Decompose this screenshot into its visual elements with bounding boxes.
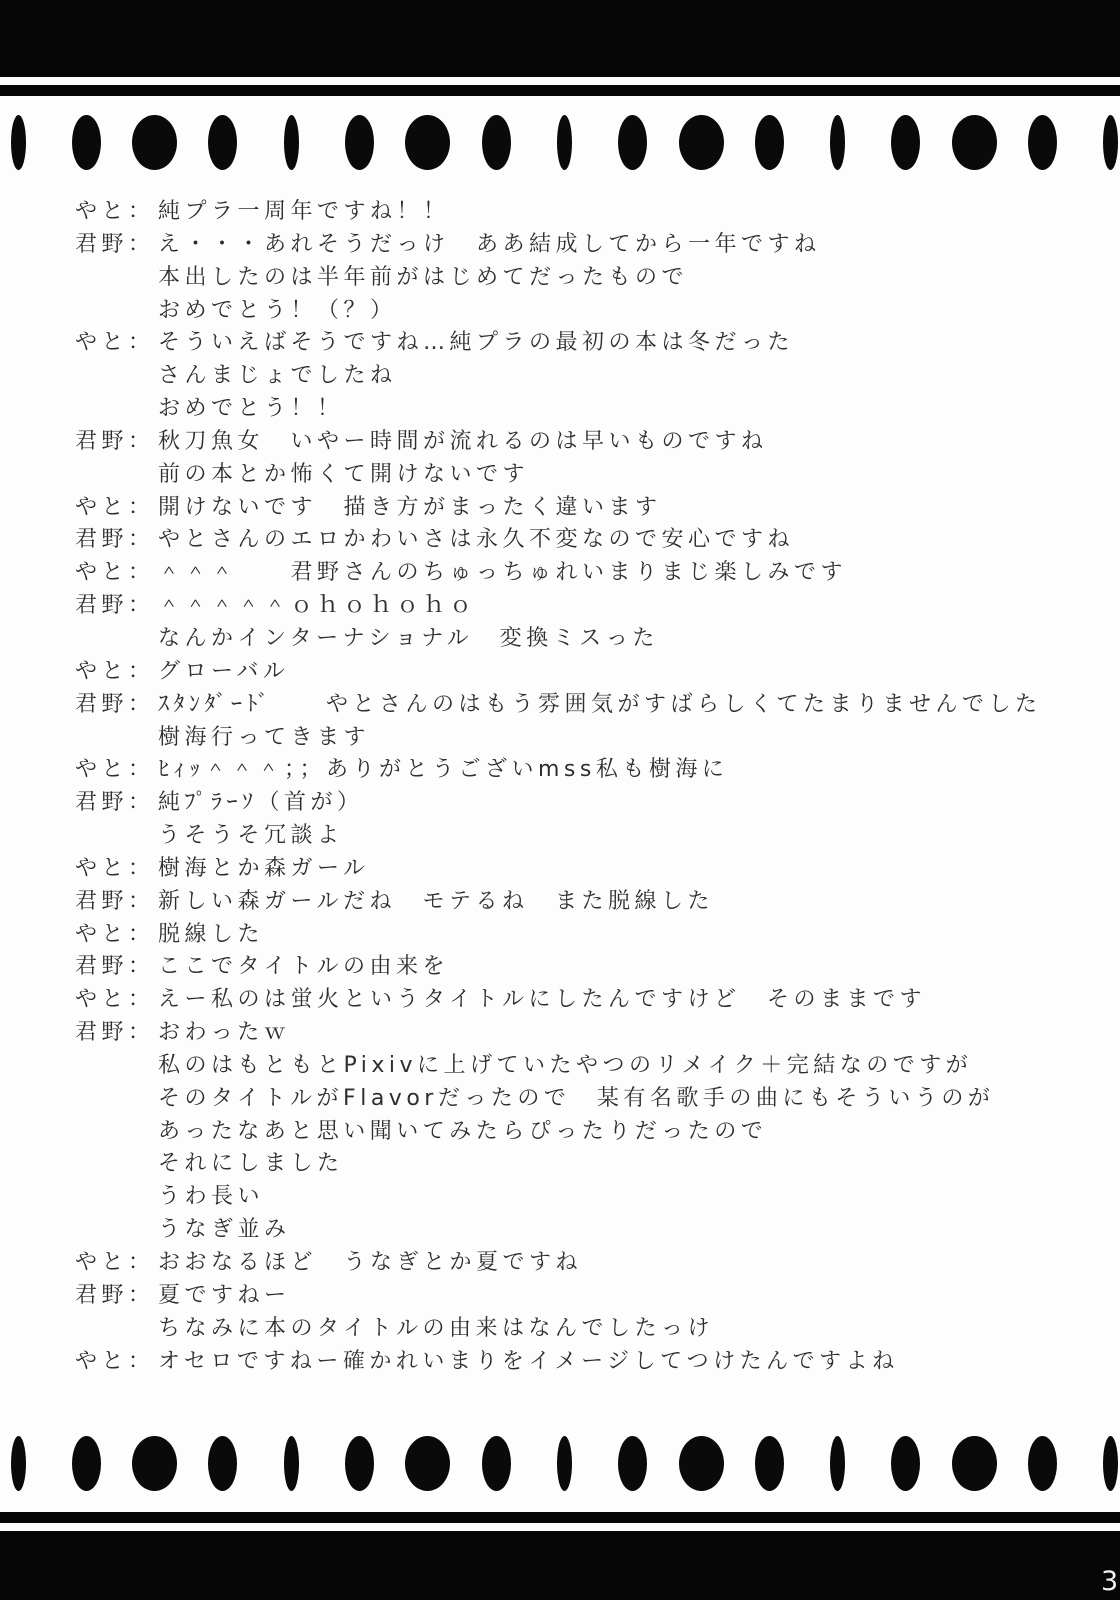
dialogue-text: おわったｗ xyxy=(158,1020,290,1045)
ellipse-ornament xyxy=(11,1436,26,1491)
dialogue-line: 君野：新しい森ガールだね モテるね また脱線した xyxy=(75,886,1085,919)
dialogue-line: 君野：え・・・あれそうだっけ ああ結成してから一年ですね xyxy=(75,229,1085,262)
ellipse-ornament xyxy=(679,115,724,170)
bottom-rule-line xyxy=(0,1512,1120,1523)
dialogue-line: なんかインターナショナル 変換ミスった xyxy=(75,623,1085,656)
dialogue-line: やと：樹海とか森ガール xyxy=(75,853,1085,886)
ellipse-ornament xyxy=(952,1436,997,1491)
page-number: 3 xyxy=(1101,1566,1118,1597)
dialogue-text: 夏ですねー xyxy=(158,1283,291,1308)
speaker-label: 君野： xyxy=(75,1017,158,1050)
speaker-label: やと： xyxy=(75,754,158,787)
speaker-label: 君野： xyxy=(75,951,158,984)
dialogue-text: ここでタイトルの由来を xyxy=(158,954,449,979)
dialogue-line: やと：ﾋｨｯ＾＾＾；；ありがとうございmss私も樹海に xyxy=(75,754,1085,787)
ellipse-ornament xyxy=(72,115,101,170)
dialogue-line: うなぎ並み xyxy=(75,1214,1085,1247)
dialogue: やと：純プラ一周年ですね！！君野：え・・・あれそうだっけ ああ結成してから一年で… xyxy=(75,196,1085,1378)
dialogue-text: 純ﾌﾟﾗｰｿ（首が） xyxy=(158,790,364,815)
ellipse-ornament xyxy=(618,1436,647,1491)
speaker-label: 君野： xyxy=(75,426,158,459)
dialogue-text: うそうそ冗談よ xyxy=(158,823,344,848)
ellipse-ornament xyxy=(482,1436,511,1491)
dialogue-line: 君野：ここでタイトルの由来を xyxy=(75,951,1085,984)
dialogue-text: おめでとう！（？） xyxy=(158,298,397,323)
dialogue-line: それにしました xyxy=(75,1148,1085,1181)
dialogue-line: やと：グローバル xyxy=(75,656,1085,689)
dialogue-text: 前の本とか怖くて開けないです xyxy=(158,462,529,487)
speaker-label: やと： xyxy=(75,327,158,360)
ellipse-ornament xyxy=(830,115,845,170)
ellipse-ornament xyxy=(284,1436,299,1491)
dialogue-text: ＾＾＾＾＾ｏｈｏｈｏｈｏ xyxy=(158,593,476,618)
dialogue-text: おおなるほど うなぎとか夏ですね xyxy=(158,1250,582,1275)
top-border-bar xyxy=(0,0,1120,77)
dialogue-line: うわ長い xyxy=(75,1181,1085,1214)
ellipse-ornament xyxy=(618,115,647,170)
dialogue-text: 新しい森ガールだね モテるね また脱線した xyxy=(158,889,714,914)
bottom-border-bar xyxy=(0,1531,1120,1600)
dialogue-text: オセロですねー確かれいまりをイメージしてつけたんですよね xyxy=(158,1349,899,1374)
speaker-label: 君野： xyxy=(75,229,158,262)
ellipse-ornament xyxy=(11,115,26,170)
speaker-label: やと： xyxy=(75,853,158,886)
dialogue-line: やと：オセロですねー確かれいまりをイメージしてつけたんですよね xyxy=(75,1346,1085,1379)
dialogue-text: あったなあと思い聞いてみたらぴったりだったので xyxy=(158,1119,767,1144)
ellipse-ornament xyxy=(345,115,374,170)
dialogue-line: 君野：純ﾌﾟﾗｰｿ（首が） xyxy=(75,787,1085,820)
ellipse-ornament xyxy=(284,115,299,170)
speaker-label: 君野： xyxy=(75,689,158,722)
dialogue-text: 純プラ一周年ですね！！ xyxy=(158,199,450,224)
dialogue-text: えー私のは蛍火というタイトルにしたんですけど そのままです xyxy=(158,987,926,1012)
dialogue-text: ｽﾀﾝﾀﾞｰﾄﾞ やとさんのはもう雰囲気がすばらしくてたまりませんでした xyxy=(158,692,1042,717)
dialogue-line: そのタイトルがFlavorだったので 某有名歌手の曲にもそういうのが xyxy=(75,1083,1085,1116)
dialogue-line: やと：開けないです 描き方がまったく違います xyxy=(75,492,1085,525)
ellipse-ornament xyxy=(891,115,920,170)
ellipse-ornament xyxy=(1028,115,1057,170)
speaker-label: 君野： xyxy=(75,886,158,919)
dialogue-line: やと：純プラ一周年ですね！！ xyxy=(75,196,1085,229)
ellipse-ornament xyxy=(891,1436,920,1491)
dialogue-line: さんまじょでしたね xyxy=(75,360,1085,393)
speaker-label: やと： xyxy=(75,492,158,525)
dialogue-line: 君野：夏ですねー xyxy=(75,1280,1085,1313)
ellipse-ornament xyxy=(72,1436,101,1491)
speaker-label: 君野： xyxy=(75,590,158,623)
dialogue-text: さんまじょでしたね xyxy=(158,363,397,388)
speaker-label: やと： xyxy=(75,656,158,689)
dialogue-line: 君野：ｽﾀﾝﾀﾞｰﾄﾞ やとさんのはもう雰囲気がすばらしくてたまりませんでした xyxy=(75,689,1085,722)
speaker-label: やと： xyxy=(75,1247,158,1280)
speaker-label: 君野： xyxy=(75,524,158,557)
dialogue-line: おめでとう！！ xyxy=(75,393,1085,426)
ellipse-ornament xyxy=(1028,1436,1057,1491)
ellipse-ornament xyxy=(405,1436,450,1491)
speaker-label: 君野： xyxy=(75,787,158,820)
speaker-label: やと： xyxy=(75,196,158,229)
dialogue-text: おめでとう！！ xyxy=(158,396,344,421)
dialogue-text: ちなみに本のタイトルの由来はなんでしたっけ xyxy=(158,1316,714,1341)
ellipse-ornament-row-top xyxy=(0,115,1120,170)
dialogue-line: 君野：やとさんのエロかわいさは永久不変なので安心ですね xyxy=(75,524,1085,557)
dialogue-line: やと：おおなるほど うなぎとか夏ですね xyxy=(75,1247,1085,1280)
scanned-page: やと：純プラ一周年ですね！！君野：え・・・あれそうだっけ ああ結成してから一年で… xyxy=(0,0,1120,1600)
ellipse-ornament xyxy=(830,1436,845,1491)
dialogue-line: おめでとう！（？） xyxy=(75,295,1085,328)
ellipse-ornament xyxy=(132,115,177,170)
dialogue-line: 樹海行ってきます xyxy=(75,722,1085,755)
dialogue-line: やと：そういえばそうですね…純プラの最初の本は冬だった xyxy=(75,327,1085,360)
dialogue-text: 樹海とか森ガール xyxy=(158,856,370,881)
dialogue-line: 君野：＾＾＾＾＾ｏｈｏｈｏｈｏ xyxy=(75,590,1085,623)
dialogue-text: そういえばそうですね…純プラの最初の本は冬だった xyxy=(158,330,794,355)
dialogue-line: ちなみに本のタイトルの由来はなんでしたっけ xyxy=(75,1313,1085,1346)
dialogue-text: それにしました xyxy=(158,1151,344,1176)
speaker-label: やと： xyxy=(75,557,158,590)
ellipse-ornament xyxy=(557,1436,572,1491)
ellipse-ornament xyxy=(208,115,237,170)
dialogue-text: ﾋｨｯ＾＾＾；；ありがとうございmss私も樹海に xyxy=(158,757,728,782)
ellipse-ornament xyxy=(755,1436,784,1491)
dialogue-line: 君野：おわったｗ xyxy=(75,1017,1085,1050)
ellipse-ornament xyxy=(345,1436,374,1491)
dialogue-text: 秋刀魚女 いやー時間が流れるのは早いものですね xyxy=(158,429,768,454)
ellipse-ornament-row-bottom xyxy=(0,1436,1120,1491)
ellipse-ornament xyxy=(1103,1436,1118,1491)
dialogue-line: やと：えー私のは蛍火というタイトルにしたんですけど そのままです xyxy=(75,984,1085,1017)
dialogue-line: うそうそ冗談よ xyxy=(75,820,1085,853)
ellipse-ornament xyxy=(557,115,572,170)
dialogue-text: 私のはもともとPixivに上げていたやつのリメイク＋完結なのですが xyxy=(158,1053,972,1078)
dialogue-text: うわ長い xyxy=(158,1184,264,1209)
speaker-label: やと： xyxy=(75,919,158,952)
speaker-label: やと： xyxy=(75,984,158,1017)
ellipse-ornament xyxy=(405,115,450,170)
ellipse-ornament xyxy=(952,115,997,170)
dialogue-line: あったなあと思い聞いてみたらぴったりだったので xyxy=(75,1116,1085,1149)
dialogue-line: 君野：秋刀魚女 いやー時間が流れるのは早いものですね xyxy=(75,426,1085,459)
ellipse-ornament xyxy=(1103,115,1118,170)
dialogue-text: グローバル xyxy=(158,659,289,684)
dialogue-line: 前の本とか怖くて開けないです xyxy=(75,459,1085,492)
speaker-label: やと： xyxy=(75,1346,158,1379)
dialogue-line: 本出したのは半年前がはじめてだったもので xyxy=(75,262,1085,295)
ellipse-ornament xyxy=(132,1436,177,1491)
ellipse-ornament xyxy=(679,1436,724,1491)
dialogue-text: そのタイトルがFlavorだったので 某有名歌手の曲にもそういうのが xyxy=(158,1086,994,1111)
dialogue-text: なんかインターナショナル 変換ミスった xyxy=(158,626,659,651)
dialogue-text: 脱線した xyxy=(158,922,264,947)
dialogue-text: やとさんのエロかわいさは永久不変なので安心ですね xyxy=(158,527,794,552)
dialogue-line: やと：脱線した xyxy=(75,919,1085,952)
ellipse-ornament xyxy=(482,115,511,170)
ellipse-ornament xyxy=(208,1436,237,1491)
dialogue-text: 開けないです 描き方がまったく違います xyxy=(158,495,662,520)
dialogue-text: え・・・あれそうだっけ ああ結成してから一年ですね xyxy=(158,232,821,257)
top-rule-line xyxy=(0,85,1120,96)
dialogue-line: やと：＾＾＾ 君野さんのちゅっちゅれいまりまじ楽しみです xyxy=(75,557,1085,590)
dialogue-text: 本出したのは半年前がはじめてだったもので xyxy=(158,265,688,290)
dialogue-text: ＾＾＾ 君野さんのちゅっちゅれいまりまじ楽しみです xyxy=(158,560,847,585)
speaker-label: 君野： xyxy=(75,1280,158,1313)
dialogue-line: 私のはもともとPixivに上げていたやつのリメイク＋完結なのですが xyxy=(75,1050,1085,1083)
dialogue-text: 樹海行ってきます xyxy=(158,725,370,750)
ellipse-ornament xyxy=(755,115,784,170)
dialogue-text: うなぎ並み xyxy=(158,1217,291,1242)
